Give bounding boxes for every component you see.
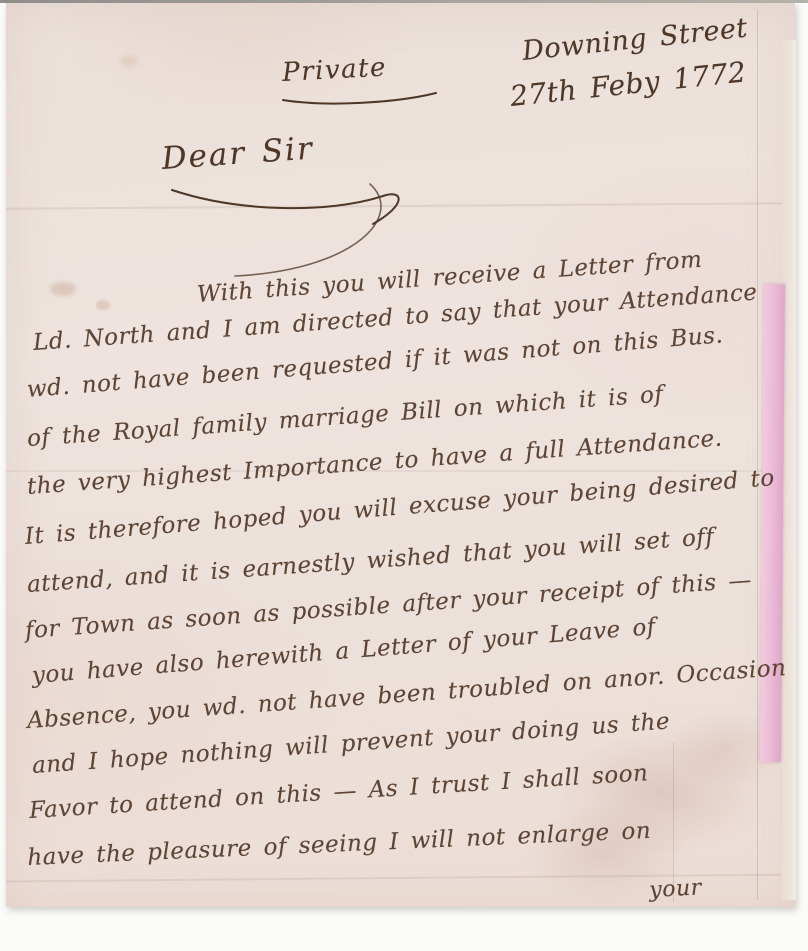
pink-ribbon (760, 284, 785, 762)
scanner-edge (0, 0, 808, 3)
foxing-spot (120, 55, 138, 67)
private-marking: Private (281, 53, 387, 88)
underlying-page-edge (782, 40, 796, 900)
paper-edge-line (757, 10, 758, 900)
foxing-spot (50, 282, 76, 296)
catchword: your (649, 875, 703, 903)
foxing-spot (96, 300, 110, 310)
flourish-underline (281, 90, 441, 110)
letter-scan: Downing Street 27th Feby 1772 Private De… (0, 0, 808, 951)
